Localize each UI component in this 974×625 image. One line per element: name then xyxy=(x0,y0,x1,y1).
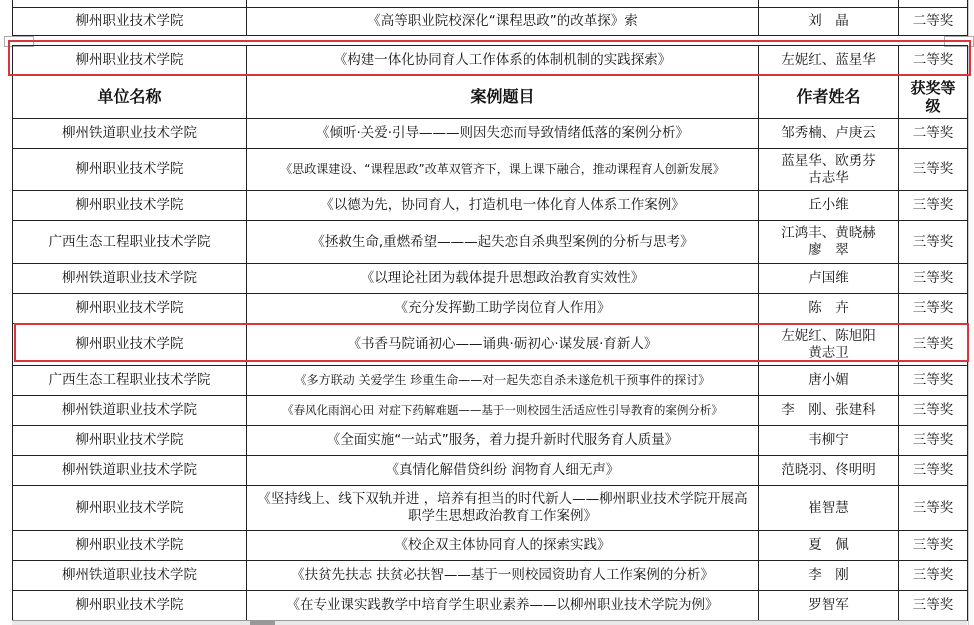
author-cell: 韦柳宁 xyxy=(759,426,899,456)
level-cell: 三等奖 xyxy=(899,486,968,531)
title-cell: 《高等职业院校深化“课程思政”的改革探》索 xyxy=(247,8,759,36)
author-cell: 范晓羽、佟明明 xyxy=(759,456,899,486)
horizontal-scrollbar[interactable] xyxy=(12,620,967,625)
table-row: 柳州铁道职业技术学院 《以理论社团为载体提升思想政治教育实效性》 卢国维 三等奖 xyxy=(13,264,968,294)
table-row: 柳州职业技术学院 《以德为先，协同育人，打造机电一体化育人体系工作案例》 丘小维… xyxy=(13,191,968,221)
table-row: 柳州职业技术学院 《全面实施“一站式”服务，着力提升新时代服务育人质量》 韦柳宁… xyxy=(13,426,968,456)
unit-cell: 柳州职业技术学院 xyxy=(13,591,247,621)
header-unit: 单位名称 xyxy=(13,75,247,119)
author-cell: 唐小媚 xyxy=(759,366,899,396)
title-cell: 《拯救生命,重燃希望———起失恋自杀典型案例的分析与思考》 xyxy=(247,221,759,264)
level-cell: 三等奖 xyxy=(899,149,968,191)
header-level: 获奖等级 xyxy=(899,75,968,119)
unit-cell: 柳州职业技术学院 xyxy=(13,486,247,531)
unit-cell: 柳州铁道职业技术学院 xyxy=(13,561,247,591)
unit-cell: 柳州职业技术学院 xyxy=(13,294,247,324)
table-row: 广西生态工程职业技术学院 《拯救生命,重燃希望———起失恋自杀典型案例的分析与思… xyxy=(13,221,968,264)
level-cell: 三等奖 xyxy=(899,531,968,561)
author-cell: 夏 佩 xyxy=(759,531,899,561)
level-cell xyxy=(899,0,968,8)
scrollbar-thumb[interactable] xyxy=(250,621,275,625)
table-row-highlighted: 柳州职业技术学院 《书香马院诵初心——诵典·砺初心·谋发展·育新人》 左妮红、陈… xyxy=(13,324,968,366)
level-cell: 三等奖 xyxy=(899,426,968,456)
level-cell: 二等奖 xyxy=(899,46,968,75)
unit-cell: 柳州铁道职业技术学院 xyxy=(13,119,247,149)
level-cell: 三等奖 xyxy=(899,294,968,324)
author-cell: 刘 晶 xyxy=(759,8,899,36)
unit-cell: 柳州职业技术学院 xyxy=(13,191,247,221)
title-cell: 《真情化解借贷纠纷 润物育人细无声》 xyxy=(247,456,759,486)
level-cell: 三等奖 xyxy=(899,264,968,294)
awards-table: 单位名称 案例题目 作者姓名 获奖等级 柳州铁道职业技术学院 《倾听·关爱·引导… xyxy=(12,74,968,621)
table-row: 柳州职业技术学院 《坚持线上、线下双轨并进 ，培养有担当的时代新人——柳州职业技… xyxy=(13,486,968,531)
title-cell: 《春风化雨润心田 对症下药解难题——基于一则校园生活适应性引导教育的案例分析》 xyxy=(247,396,759,426)
table-row xyxy=(13,0,968,8)
title-cell: 《书香马院诵初心——诵典·砺初心·谋发展·育新人》 xyxy=(247,324,759,366)
author-cell: 丘小维 xyxy=(759,191,899,221)
page-break-line xyxy=(12,40,967,41)
title-cell: 《充分发挥勤工助学岗位育人作用》 xyxy=(247,294,759,324)
level-cell: 三等奖 xyxy=(899,221,968,264)
level-cell: 三等奖 xyxy=(899,456,968,486)
title-cell: 《扶贫先扶志 扶贫必扶智——基于一则校园资助育人工作案例的分析》 xyxy=(247,561,759,591)
unit-cell: 柳州职业技术学院 xyxy=(13,8,247,36)
awards-table-top: 柳州职业技术学院 《高等职业院校深化“课程思政”的改革探》索 刘 晶 二等奖 xyxy=(12,0,968,36)
author-cell: 邹秀楠、卢庚云 xyxy=(759,119,899,149)
title-cell: 《在专业课实践教学中培育学生职业素养——以柳州职业技术学院为例》 xyxy=(247,591,759,621)
level-cell: 二等奖 xyxy=(899,119,968,149)
table-row-highlighted: 柳州职业技术学院 《构建一体化协同育人工作体系的体制机制的实践探索》 左妮红、蓝… xyxy=(13,46,968,75)
unit-cell xyxy=(13,0,247,8)
awards-table-highlight-row: 柳州职业技术学院 《构建一体化协同育人工作体系的体制机制的实践探索》 左妮红、蓝… xyxy=(12,45,968,75)
unit-cell: 柳州铁道职业技术学院 xyxy=(13,264,247,294)
unit-cell: 柳州职业技术学院 xyxy=(13,149,247,191)
author-cell: 卢国维 xyxy=(759,264,899,294)
level-cell: 三等奖 xyxy=(899,324,968,366)
title-cell: 《构建一体化协同育人工作体系的体制机制的实践探索》 xyxy=(247,46,759,75)
table-row: 柳州铁道职业技术学院 《倾听·关爱·引导———则因失恋而导致情绪低落的案例分析》… xyxy=(13,119,968,149)
author-cell: 李 刚 xyxy=(759,561,899,591)
author-cell: 李 刚、张建科 xyxy=(759,396,899,426)
title-cell: 《坚持线上、线下双轨并进 ，培养有担当的时代新人——柳州职业技术学院开展高职学生… xyxy=(247,486,759,531)
title-cell: 《以德为先，协同育人，打造机电一体化育人体系工作案例》 xyxy=(247,191,759,221)
table-row: 柳州职业技术学院 《思政课建设、“课程思政”改革双管齐下，课上课下融合，推动课程… xyxy=(13,149,968,191)
author-cell: 陈 卉 xyxy=(759,294,899,324)
level-cell: 三等奖 xyxy=(899,561,968,591)
title-cell xyxy=(247,0,759,8)
page-edge xyxy=(968,0,974,625)
table-row: 柳州铁道职业技术学院 《扶贫先扶志 扶贫必扶智——基于一则校园资助育人工作案例的… xyxy=(13,561,968,591)
author-cell: 崔智慧 xyxy=(759,486,899,531)
table-row: 柳州职业技术学院 《在专业课实践教学中培育学生职业素养——以柳州职业技术学院为例… xyxy=(13,591,968,621)
level-cell: 二等奖 xyxy=(899,8,968,36)
title-cell: 《多方联动 关爱学生 珍重生命——对一起失恋自杀未遂危机干预事件的探讨》 xyxy=(247,366,759,396)
table-row: 柳州铁道职业技术学院 《真情化解借贷纠纷 润物育人细无声》 范晓羽、佟明明 三等… xyxy=(13,456,968,486)
header-author: 作者姓名 xyxy=(759,75,899,119)
unit-cell: 柳州职业技术学院 xyxy=(13,426,247,456)
table-row: 柳州职业技术学院 《高等职业院校深化“课程思政”的改革探》索 刘 晶 二等奖 xyxy=(13,8,968,36)
table-header-row: 单位名称 案例题目 作者姓名 获奖等级 xyxy=(13,75,968,119)
table-row: 广西生态工程职业技术学院 《多方联动 关爱学生 珍重生命——对一起失恋自杀未遂危… xyxy=(13,366,968,396)
level-cell: 三等奖 xyxy=(899,396,968,426)
author-cell: 罗智军 xyxy=(759,591,899,621)
title-cell: 《以理论社团为载体提升思想政治教育实效性》 xyxy=(247,264,759,294)
unit-cell: 柳州铁道职业技术学院 xyxy=(13,396,247,426)
level-cell: 三等奖 xyxy=(899,191,968,221)
author-cell: 左妮红、陈旭阳 黄志卫 xyxy=(759,324,899,366)
level-cell: 三等奖 xyxy=(899,366,968,396)
title-cell: 《全面实施“一站式”服务，着力提升新时代服务育人质量》 xyxy=(247,426,759,456)
unit-cell: 柳州职业技术学院 xyxy=(13,46,247,75)
header-title: 案例题目 xyxy=(247,75,759,119)
author-cell: 蓝星华、欧勇芬 古志华 xyxy=(759,149,899,191)
title-cell: 《校企双主体协同育人的探索实践》 xyxy=(247,531,759,561)
table-row: 柳州职业技术学院 《充分发挥勤工助学岗位育人作用》 陈 卉 三等奖 xyxy=(13,294,968,324)
author-cell: 左妮红、蓝星华 xyxy=(759,46,899,75)
unit-cell: 广西生态工程职业技术学院 xyxy=(13,366,247,396)
title-cell: 《倾听·关爱·引导———则因失恋而导致情绪低落的案例分析》 xyxy=(247,119,759,149)
table-row: 柳州铁道职业技术学院 《春风化雨润心田 对症下药解难题——基于一则校园生活适应性… xyxy=(13,396,968,426)
unit-cell: 广西生态工程职业技术学院 xyxy=(13,221,247,264)
author-cell xyxy=(759,0,899,8)
unit-cell: 柳州职业技术学院 xyxy=(13,531,247,561)
level-cell: 三等奖 xyxy=(899,591,968,621)
table-row: 柳州职业技术学院 《校企双主体协同育人的探索实践》 夏 佩 三等奖 xyxy=(13,531,968,561)
author-cell: 江鸿丰、黄晓赫 廖 翠 xyxy=(759,221,899,264)
unit-cell: 柳州职业技术学院 xyxy=(13,324,247,366)
title-cell: 《思政课建设、“课程思政”改革双管齐下，课上课下融合，推动课程育人创新发展》 xyxy=(247,149,759,191)
unit-cell: 柳州铁道职业技术学院 xyxy=(13,456,247,486)
